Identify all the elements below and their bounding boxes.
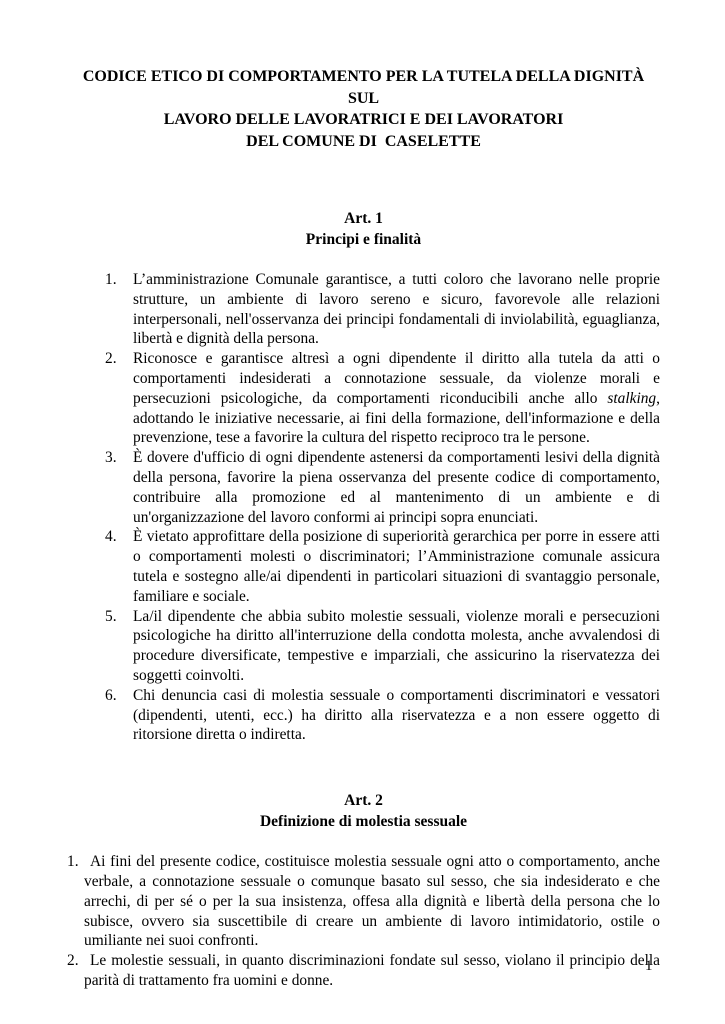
list-item: 3.È dovere d'ufficio di ogni dipendente … (67, 448, 660, 527)
title-line-3: DEL COMUNE DI CASELETTE (67, 131, 660, 153)
list-item-text-part: Riconosce e garantisce altresì a ogni di… (133, 350, 660, 407)
list-item: 2.Riconosce e garantisce altresì a ogni … (67, 349, 660, 448)
list-item-number: 6. (105, 686, 117, 706)
list-item: 2.Le molestie sessuali, in quanto discri… (67, 951, 660, 991)
list-item-text: È vietato approfittare della posizione d… (133, 528, 660, 604)
list-item-number: 1. (67, 852, 79, 872)
article-1-subheading: Principi e finalità (67, 229, 660, 250)
list-item-text: L’amministrazione Comunale garantisce, a… (133, 271, 660, 347)
page-number: 1 (645, 956, 653, 976)
list-item-text: Riconosce e garantisce altresì a ogni di… (133, 350, 660, 446)
list-item-number: 4. (105, 527, 117, 547)
list-item-number: 5. (105, 607, 117, 627)
list-item-text: La/il dipendente che abbia subito molest… (133, 608, 660, 684)
article-1-heading: Art. 1 (67, 208, 660, 229)
list-item: 5.La/il dipendente che abbia subito mole… (67, 607, 660, 686)
document-title: CODICE ETICO DI COMPORTAMENTO PER LA TUT… (67, 66, 660, 152)
title-line-2: LAVORO DELLE LAVORATRICI E DEI LAVORATOR… (67, 109, 660, 131)
list-item-number: 1. (105, 270, 117, 290)
list-item-text: È dovere d'ufficio di ogni dipendente as… (133, 449, 660, 525)
article-1-list: 1.L’amministrazione Comunale garantisce,… (67, 270, 660, 745)
article-2-section: Art. 2 Definizione di molestia sessuale … (67, 790, 660, 991)
list-item-text: Chi denuncia casi di molestia sessuale o… (133, 687, 660, 744)
list-item: 6.Chi denuncia casi di molestia sessuale… (67, 686, 660, 745)
list-item-text: Ai fini del presente codice, costituisce… (84, 853, 660, 949)
list-item-text: Le molestie sessuali, in quanto discrimi… (84, 952, 660, 989)
stalking-italic-text: stalking (607, 390, 656, 407)
article-2-heading: Art. 2 (67, 790, 660, 811)
list-item-number: 3. (105, 448, 117, 468)
article-1-section: Art. 1 Principi e finalità 1.L’amministr… (67, 208, 660, 745)
list-item: 4.È vietato approfittare della posizione… (67, 527, 660, 606)
title-line-1: CODICE ETICO DI COMPORTAMENTO PER LA TUT… (67, 66, 660, 109)
document-page: CODICE ETICO DI COMPORTAMENTO PER LA TUT… (0, 0, 725, 1024)
article-2-list: 1.Ai fini del presente codice, costituis… (67, 852, 660, 991)
list-item: 1.L’amministrazione Comunale garantisce,… (67, 270, 660, 349)
list-item-number: 2. (105, 349, 117, 369)
list-item-number: 2. (67, 951, 79, 971)
list-item: 1.Ai fini del presente codice, costituis… (67, 852, 660, 951)
article-2-subheading: Definizione di molestia sessuale (67, 811, 660, 832)
